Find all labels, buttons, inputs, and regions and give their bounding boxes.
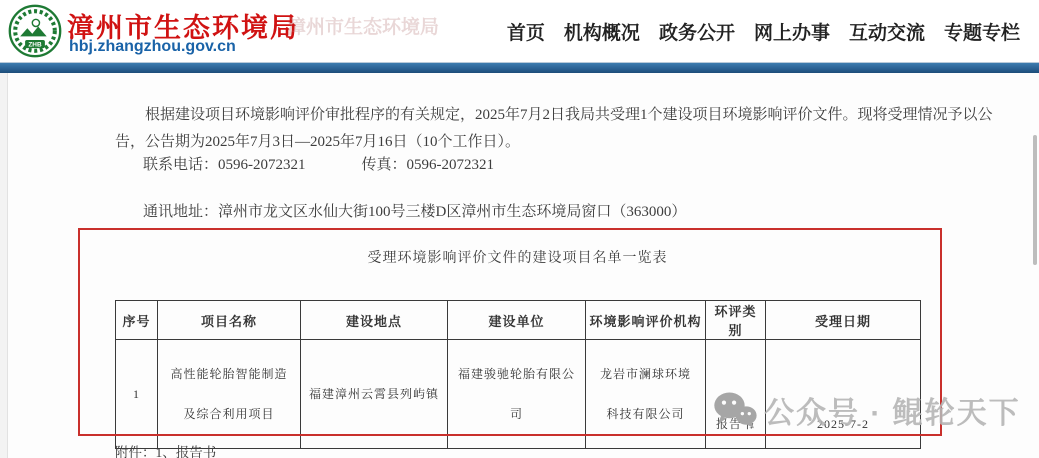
attachment-line: 附件：1、报告书 [115, 441, 216, 458]
nav-item-home[interactable]: 首页 [507, 18, 545, 45]
phone-label: 联系电话： [143, 157, 218, 173]
address-label: 通讯地址： [143, 204, 218, 220]
cell-eia-agency: 龙岩市澜球环境科技有限公司 [586, 340, 706, 449]
address-line: 通讯地址：漳州市龙文区水仙大街100号三楼D区漳州市生态环境局窗口（363000… [143, 200, 686, 221]
site-logo[interactable]: ZHB [8, 4, 62, 58]
cell-location: 福建漳州云霄县列屿镇 [301, 340, 448, 449]
site-title-ghost: 漳州市生态环境局 [287, 12, 439, 39]
col-header-eia-type: 环评类别 [706, 301, 766, 340]
nav-item-online-services[interactable]: 网上办事 [754, 18, 830, 45]
table-header-row: 序号 项目名称 建设地点 建设单位 环境影响评价机构 环评类别 受理日期 [116, 301, 921, 340]
cell-project-name: 高性能轮胎智能制造及综合利用项目 [158, 340, 301, 449]
table-row: 1 高性能轮胎智能制造及综合利用项目 福建漳州云霄县列屿镇 福建骏驰轮胎有限公司… [116, 340, 921, 449]
address-value: 漳州市龙文区水仙大街100号三楼D区漳州市生态环境局窗口（363000） [218, 204, 686, 220]
phone-value: 0596-2072321 [218, 157, 306, 173]
page-left-edge [0, 73, 8, 458]
bureau-emblem-icon: ZHB [8, 4, 62, 58]
table-title: 受理环境影响评价文件的建设项目名单一览表 [115, 247, 920, 267]
fax-label: 传真： [362, 157, 407, 173]
cell-accept-date: 2025-7-2 [766, 340, 921, 449]
col-header-builder: 建设单位 [448, 301, 586, 340]
cell-eia-type: 报告书 [706, 340, 766, 449]
col-header-accept-date: 受理日期 [766, 301, 921, 340]
contact-line: 联系电话：0596-2072321传真：0596-2072321 [143, 153, 494, 174]
nav-item-gov-disclosure[interactable]: 政务公开 [659, 18, 735, 45]
svg-text:ZHB: ZHB [28, 42, 42, 49]
nav-item-organization[interactable]: 机构概况 [564, 18, 640, 45]
col-header-project-name: 项目名称 [158, 301, 301, 340]
col-header-index: 序号 [116, 301, 158, 340]
cell-index: 1 [116, 340, 158, 449]
announcement-paragraph: 根据建设项目环境影响评价审批程序的有关规定，2025年7月2日我局共受理1个建设… [115, 102, 1013, 156]
col-header-eia-agency: 环境影响评价机构 [586, 301, 706, 340]
site-header: ZHB 漳州市生态环境局 hbj.zhangzhou.gov.cn 漳州市生态环… [0, 0, 1039, 62]
fax-value: 0596-2072321 [407, 157, 495, 173]
project-table: 序号 项目名称 建设地点 建设单位 环境影响评价机构 环评类别 受理日期 1 高… [115, 300, 921, 449]
main-nav: 首页 机构概况 政务公开 网上办事 互动交流 专题专栏 [507, 0, 1020, 62]
nav-item-special-topics[interactable]: 专题专栏 [944, 18, 1020, 45]
cell-builder: 福建骏驰轮胎有限公司 [448, 340, 586, 449]
col-header-location: 建设地点 [301, 301, 448, 340]
header-divider-bar [0, 62, 1039, 73]
nav-item-interaction[interactable]: 互动交流 [849, 18, 925, 45]
vertical-scrollbar-thumb[interactable] [1033, 135, 1037, 265]
page: ZHB 漳州市生态环境局 hbj.zhangzhou.gov.cn 漳州市生态环… [0, 0, 1039, 458]
site-url: hbj.zhangzhou.gov.cn [69, 38, 236, 56]
